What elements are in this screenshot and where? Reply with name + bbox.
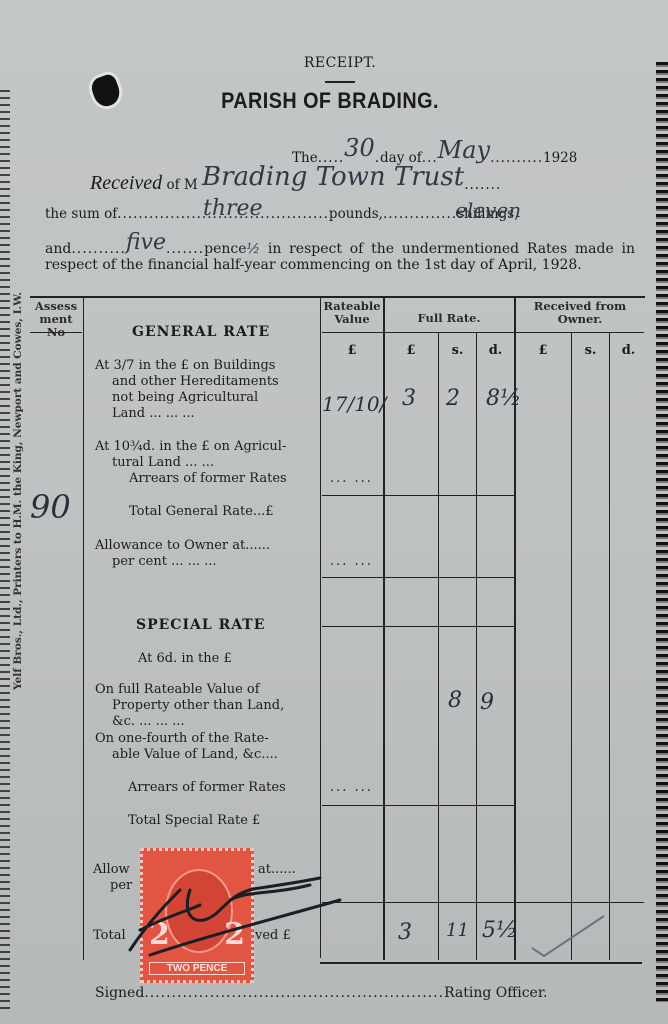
buildings-rate-label: not being Agricultural bbox=[112, 390, 258, 406]
shillings-written: eleven bbox=[455, 198, 521, 222]
assessment-no-header: Assess ment No bbox=[30, 300, 82, 339]
col-line bbox=[438, 332, 439, 960]
divider bbox=[325, 81, 355, 83]
payer-name: Brading Town Trust bbox=[202, 162, 464, 192]
row-rule bbox=[322, 902, 644, 903]
signed-label: Signed bbox=[95, 985, 144, 1001]
total-shillings: 11 bbox=[446, 920, 469, 941]
general-arrears-value: ... ... bbox=[330, 471, 373, 486]
received-label: Received bbox=[90, 172, 162, 194]
general-arrears-label: Arrears of former Rates bbox=[129, 471, 287, 487]
agricultural-rate-label: tural Land ... ... bbox=[112, 455, 214, 471]
year-value: 1928 bbox=[543, 150, 577, 166]
total-pence: 5½ bbox=[482, 918, 517, 943]
signature-icon bbox=[110, 860, 350, 960]
full-rateable-label: &c. ... ... ... bbox=[112, 714, 185, 730]
rateable-value-header: Rateable Value bbox=[321, 300, 383, 326]
full-rate-header: Full Rate. bbox=[384, 312, 514, 325]
buildings-rate-label: At 3/7 in the £ on Buildings bbox=[95, 358, 275, 374]
sum-label: the sum of bbox=[45, 206, 117, 222]
allowance-label: per cent ... ... ... bbox=[112, 554, 217, 570]
full-rateable-label: On full Rateable Value of bbox=[95, 682, 260, 698]
table-top-rule bbox=[30, 296, 645, 298]
row-rule bbox=[322, 495, 514, 496]
received-from-owner-header: Received from Owner. bbox=[515, 300, 645, 326]
buildings-rateable-value: 17/10/ bbox=[322, 392, 386, 416]
special-full-rate-shillings: 8 bbox=[448, 688, 462, 713]
page-title: PARISH OF BRADING. bbox=[33, 88, 627, 114]
special-rate-heading: SPECIAL RATE bbox=[136, 617, 265, 633]
unit-pound: £ bbox=[515, 343, 571, 358]
rating-officer-label: Rating Officer. bbox=[444, 985, 547, 1001]
receipt-label: RECEIPT. bbox=[0, 55, 668, 71]
full-rateable-label: Property other than Land, bbox=[112, 698, 284, 714]
row-rule bbox=[322, 577, 514, 578]
sum-line: the sum of......................three...… bbox=[45, 206, 518, 222]
pence-fraction: ½ bbox=[247, 241, 261, 257]
pounds-written: three bbox=[203, 196, 263, 221]
agricultural-rate-label: At 10¾d. in the £ on Agricul- bbox=[95, 439, 286, 455]
general-rate-heading: GENERAL RATE bbox=[132, 324, 270, 340]
total-general-rate-label: Total General Rate...£ bbox=[129, 504, 274, 520]
assessment-number: 90 bbox=[30, 488, 71, 526]
special-arrears-value: ... ... bbox=[330, 780, 373, 795]
unit-shillings: s. bbox=[572, 343, 609, 358]
total-special-rate-label: Total Special Rate £ bbox=[128, 813, 260, 829]
row-rule bbox=[322, 805, 514, 806]
pence-paragraph: and..........five.......pence½ in respec… bbox=[45, 239, 635, 273]
col-line bbox=[83, 298, 84, 960]
receipt-document: RECEIPT. PARISH OF BRADING. The.....30.d… bbox=[0, 0, 668, 1024]
col-line bbox=[320, 298, 321, 958]
received-line: Received of M Brading Town Trust....... bbox=[90, 166, 501, 196]
left-perforated-edge bbox=[0, 90, 10, 1010]
pence-label: pence bbox=[204, 241, 246, 257]
row-rule bbox=[322, 626, 514, 627]
signed-line: Signed..................................… bbox=[95, 985, 547, 1001]
stamp-label: TWO PENCE bbox=[149, 962, 245, 975]
unit-shillings: s. bbox=[439, 343, 476, 358]
col-line bbox=[476, 332, 477, 960]
day-value: 30 bbox=[344, 134, 375, 162]
allowance-value: ... ... bbox=[330, 554, 373, 569]
received-of: of M bbox=[166, 177, 197, 193]
printer-credit: Yelf Bros., Ltd., Printers to H.M. the K… bbox=[12, 292, 24, 690]
one-fourth-label: On one-fourth of the Rate- bbox=[95, 731, 269, 747]
buildings-rate-label: Land ... ... ... bbox=[112, 406, 195, 422]
unit-pence: d. bbox=[610, 343, 647, 358]
buildings-full-rate-pounds: 3 bbox=[402, 386, 416, 411]
table-bottom-rule bbox=[320, 962, 642, 964]
unit-pound: £ bbox=[321, 343, 383, 358]
pence-written: five bbox=[126, 230, 166, 255]
special-arrears-label: Arrears of former Rates bbox=[128, 780, 286, 796]
unit-pound: £ bbox=[384, 343, 438, 358]
one-fourth-label: able Value of Land, &c.... bbox=[112, 747, 278, 763]
header-underline bbox=[322, 332, 644, 333]
unit-pence: d. bbox=[477, 343, 514, 358]
pounds-label: pounds, bbox=[329, 206, 383, 222]
special-full-rate-pence: 9 bbox=[480, 690, 494, 715]
right-perforated-edge bbox=[656, 62, 668, 1002]
col-line bbox=[571, 332, 572, 960]
col-line bbox=[609, 332, 610, 960]
total-pounds: 3 bbox=[398, 920, 412, 945]
and-label: and bbox=[45, 241, 71, 257]
buildings-full-rate-shillings: 2 bbox=[446, 386, 460, 411]
buildings-full-rate-pence: 8½ bbox=[486, 386, 521, 411]
buildings-rate-label: and other Hereditaments bbox=[112, 374, 279, 390]
month-value: May bbox=[438, 136, 490, 164]
special-rate-label: At 6d. in the £ bbox=[138, 651, 232, 667]
allowance-label: Allowance to Owner at...... bbox=[95, 538, 270, 554]
checkmark-icon bbox=[530, 910, 610, 960]
